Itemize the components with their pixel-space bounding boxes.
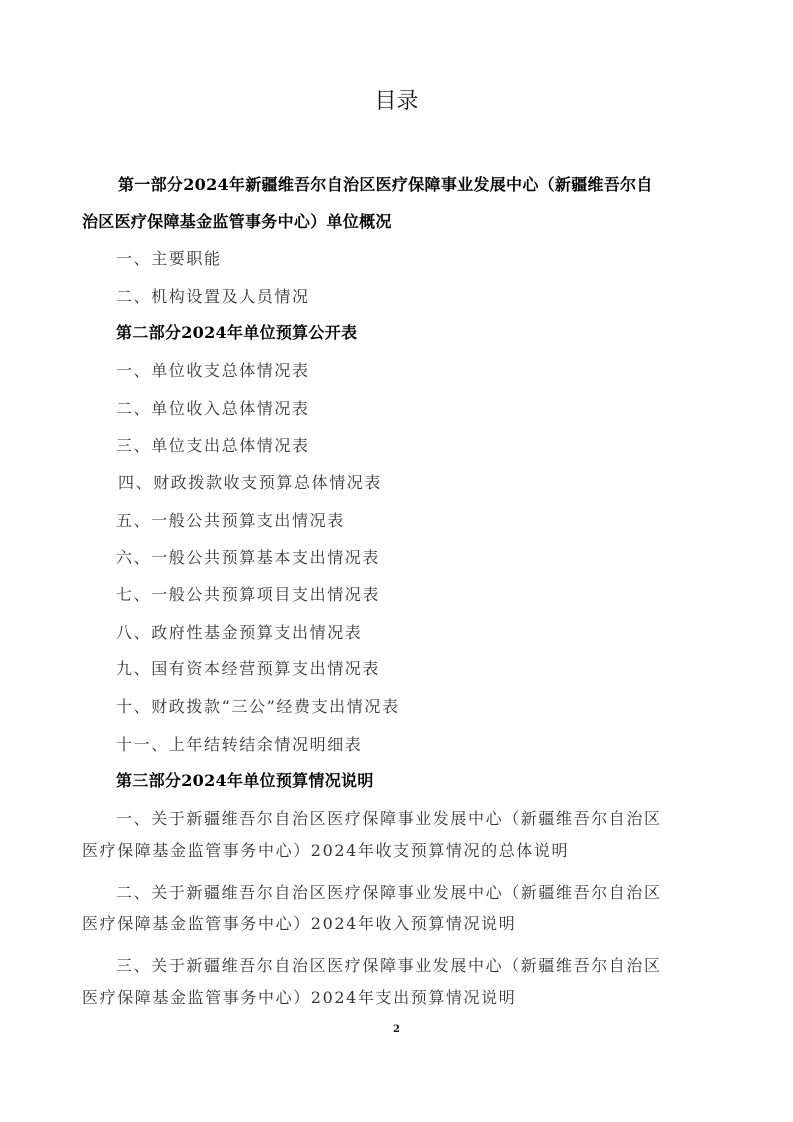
toc-item[interactable]: 十、财政拨款“三公”经费支出情况表 [116, 694, 400, 717]
part1-heading[interactable]: 第一部分2024年新疆维吾尔自治区医疗保障事业发展中心（新疆维吾尔自 [118, 172, 653, 195]
toc-item[interactable]: 十一、上年结转结余情况明细表 [116, 732, 362, 755]
part3-heading[interactable]: 第三部分2024年单位预算情况说明 [116, 768, 374, 791]
toc-item[interactable]: 二、关于新疆维吾尔自治区医疗保障事业发展中心（新疆维吾尔自治区 [116, 880, 662, 903]
toc-item-cont[interactable]: 医疗保障基金监管事务中心）2024年收支预算情况的总体说明 [82, 838, 569, 861]
toc-item[interactable]: 七、一般公共预算项目支出情况表 [116, 582, 380, 605]
toc-item[interactable]: 一、主要职能 [116, 246, 222, 269]
toc-item[interactable]: 二、机构设置及人员情况 [116, 284, 310, 307]
toc-item[interactable]: 六、一般公共预算基本支出情况表 [116, 545, 380, 568]
toc-item[interactable]: 一、单位收支总体情况表 [116, 358, 310, 381]
toc-item[interactable]: 四、财政拨款收支预算总体情况表 [118, 470, 382, 493]
toc-item-cont[interactable]: 医疗保障基金监管事务中心）2024年支出预算情况说明 [82, 985, 516, 1008]
toc-item[interactable]: 五、一般公共预算支出情况表 [116, 508, 345, 531]
toc-item[interactable]: 八、政府性基金预算支出情况表 [116, 620, 362, 643]
toc-item[interactable]: 三、单位支出总体情况表 [116, 433, 310, 456]
part2-heading[interactable]: 第二部分2024年单位预算公开表 [116, 320, 357, 343]
toc-item[interactable]: 九、国有资本经营预算支出情况表 [116, 656, 380, 679]
page-title: 目录 [0, 84, 793, 115]
toc-item[interactable]: 一、关于新疆维吾尔自治区医疗保障事业发展中心（新疆维吾尔自治区 [116, 806, 662, 829]
toc-item[interactable]: 二、单位收入总体情况表 [116, 396, 310, 419]
toc-item-cont[interactable]: 医疗保障基金监管事务中心）2024年收入预算情况说明 [82, 911, 516, 934]
toc-item[interactable]: 三、关于新疆维吾尔自治区医疗保障事业发展中心（新疆维吾尔自治区 [116, 953, 662, 976]
page-number: 2 [0, 1024, 793, 1035]
part1-heading-cont[interactable]: 治区医疗保障基金监管事务中心）单位概况 [82, 209, 392, 232]
